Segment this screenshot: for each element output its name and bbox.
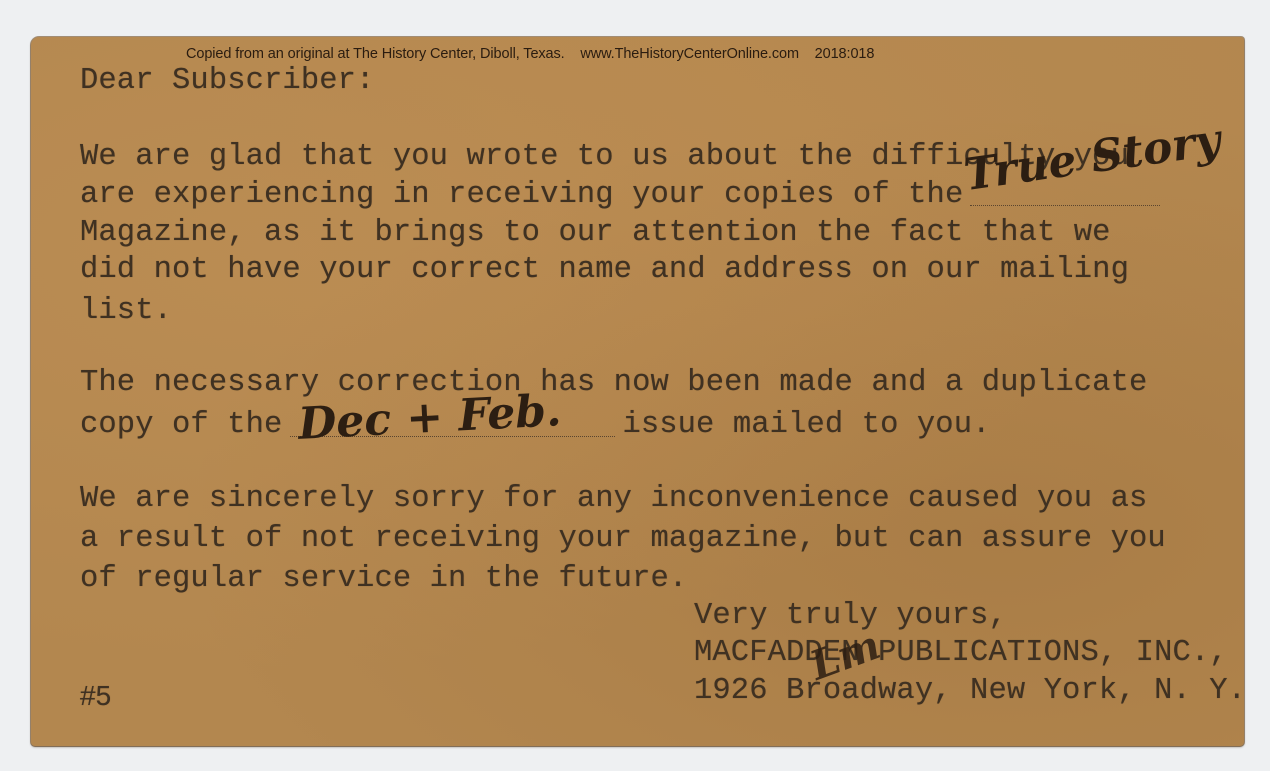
paragraph3-line3: of regular service in the future. — [80, 564, 687, 595]
issue-mailed-text: issue mailed to you. — [622, 408, 990, 442]
company-address: 1926 Broadway, New York, N. Y. — [694, 676, 1246, 707]
paragraph1-line4: did not have your correct name and addre… — [80, 255, 1129, 286]
form-number: #5 — [80, 682, 111, 710]
copy-of-the-text: copy of the — [80, 408, 282, 442]
paragraph2-line1: The necessary correction has now been ma… — [80, 368, 1147, 399]
archive-header-note: Copied from an original at The History C… — [186, 46, 874, 62]
salutation: Dear Subscriber: — [80, 66, 374, 97]
paragraph1-line2: are experiencing in receiving your copie… — [80, 180, 963, 211]
paragraph3-line1: We are sincerely sorry for any inconveni… — [80, 484, 1147, 515]
paragraph1-line5: list. — [80, 296, 172, 327]
paragraph1-line3: Magazine, as it brings to our attention … — [80, 218, 1111, 249]
company-name: MACFADDEN PUBLICATIONS, INC., — [694, 638, 1228, 669]
archive-catalog-number: 2018:018 — [815, 46, 875, 62]
archive-source: Copied from an original at The History C… — [186, 46, 565, 62]
magazine-name-blank — [970, 205, 1160, 206]
paragraph3-line2: a result of not receiving your magazine,… — [80, 524, 1166, 555]
closing: Very truly yours, — [694, 601, 1007, 632]
archive-website: www.TheHistoryCenterOnline.com — [580, 46, 799, 62]
